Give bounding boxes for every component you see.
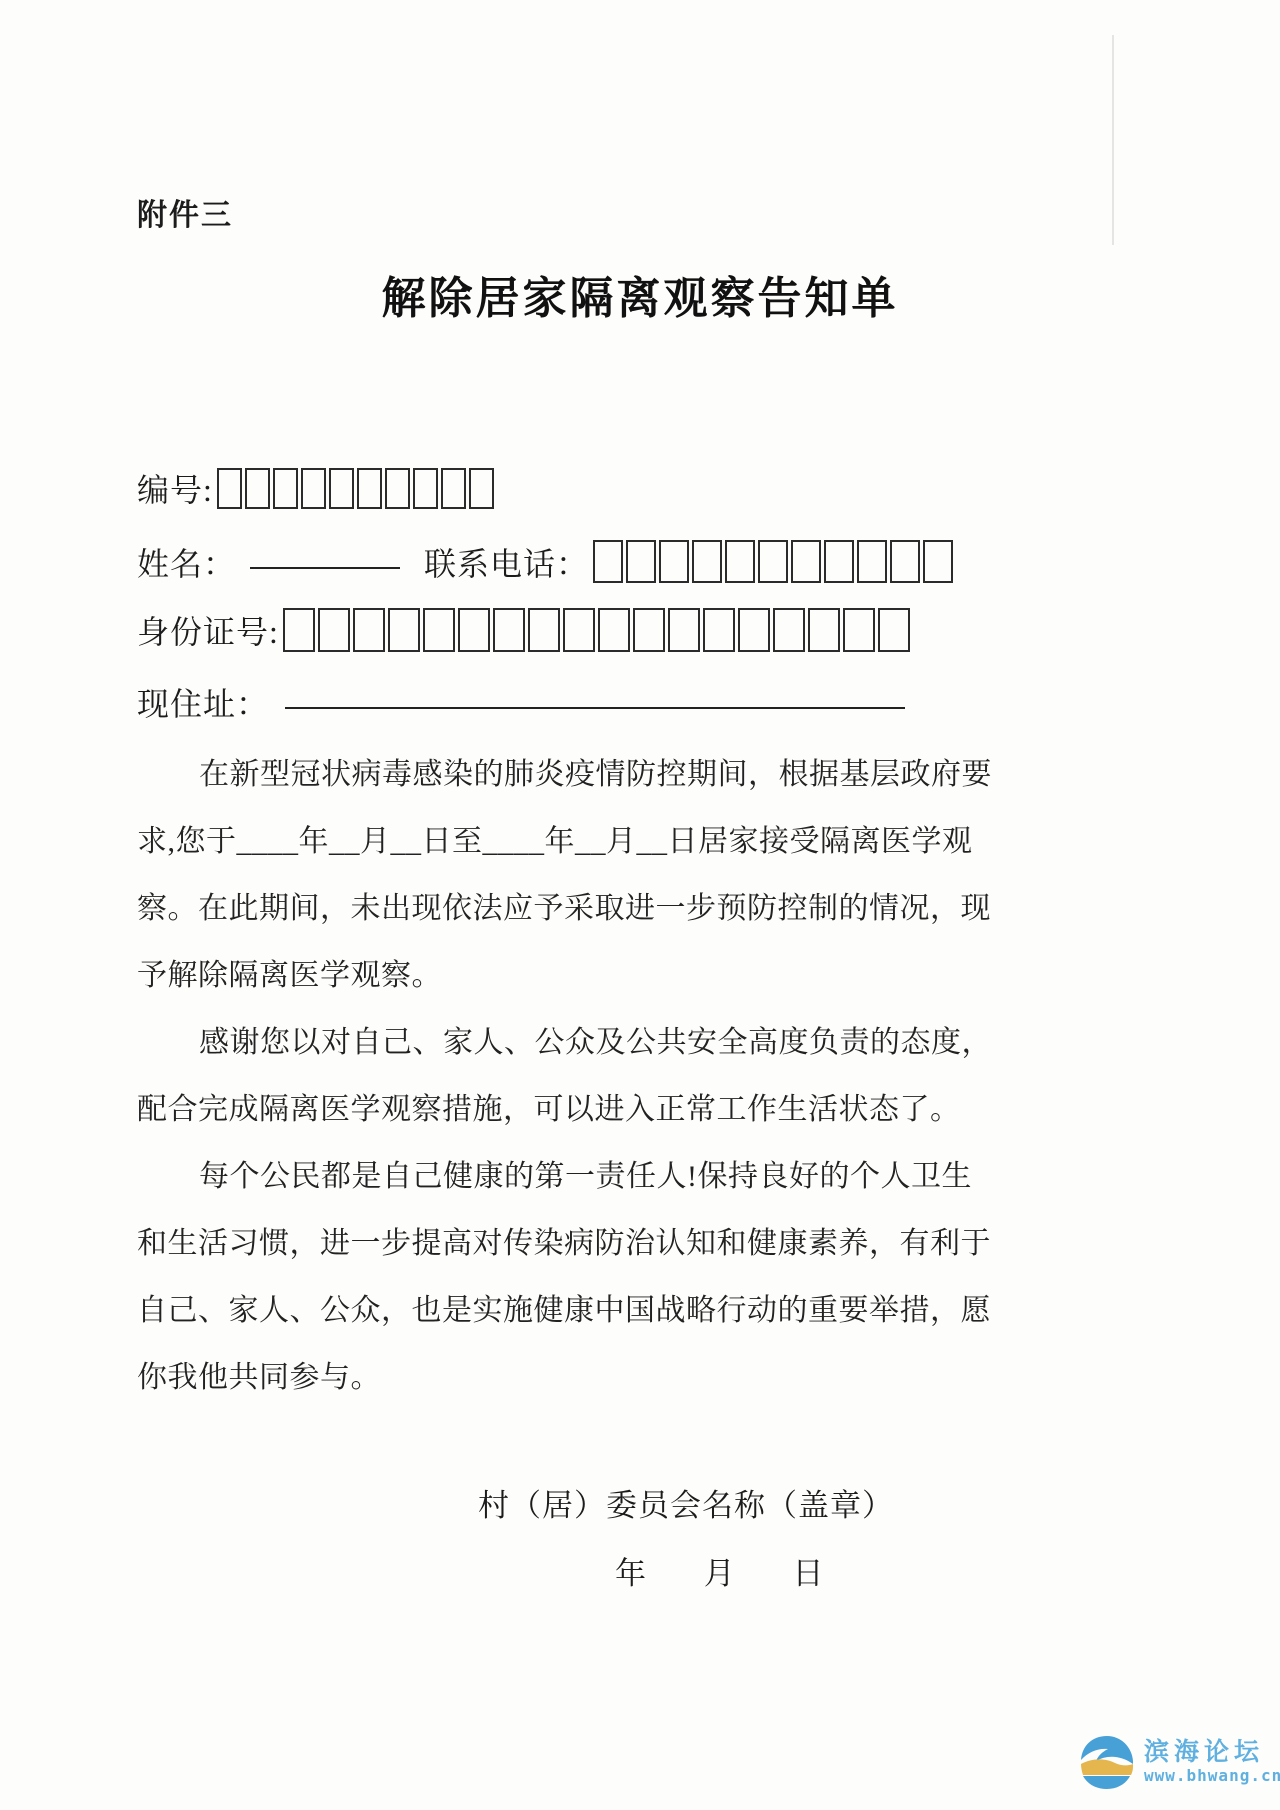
- committee-signature-line: 村（居）委员会名称（盖章）: [478, 1480, 894, 1525]
- digit-box[interactable]: [593, 540, 623, 583]
- digit-box[interactable]: [890, 540, 920, 583]
- digit-box[interactable]: [388, 608, 420, 652]
- document-page: 附件三 解除居家隔离观察告知单 编号: 姓名：联系电话： 身份证号: 现住址： …: [0, 0, 1280, 1810]
- serial-number-label: 编号:: [137, 465, 213, 511]
- id-number-label: 身份证号:: [137, 607, 279, 653]
- body-line: 每个公民都是自己健康的第一责任人!保持良好的个人卫生: [137, 1143, 973, 1210]
- id-number-row: 身份证号:: [137, 607, 913, 653]
- address-row: 现住址：: [137, 677, 905, 725]
- digit-box[interactable]: [725, 540, 755, 583]
- serial-number-boxes[interactable]: [217, 467, 497, 509]
- digit-box[interactable]: [738, 608, 770, 652]
- digit-box[interactable]: [469, 468, 494, 509]
- phone-boxes[interactable]: [593, 540, 956, 583]
- digit-box[interactable]: [283, 608, 315, 652]
- digit-box[interactable]: [353, 608, 385, 652]
- digit-box[interactable]: [441, 468, 466, 509]
- digit-box[interactable]: [773, 608, 805, 652]
- id-number-boxes[interactable]: [283, 608, 913, 652]
- digit-box[interactable]: [413, 468, 438, 509]
- digit-box[interactable]: [245, 468, 270, 509]
- watermark-site-url: www.bhwang.cn: [1144, 1766, 1280, 1786]
- digit-box[interactable]: [318, 608, 350, 652]
- digit-box[interactable]: [703, 608, 735, 652]
- digit-box[interactable]: [301, 468, 326, 509]
- body-line: 自己、家人、公众，也是实施健康中国战略行动的重要举措，愿: [137, 1277, 973, 1344]
- serial-number-row: 编号:: [137, 465, 497, 511]
- forum-watermark: 滨海论坛 www.bhwang.cn: [1078, 1734, 1280, 1790]
- address-label: 现住址：: [137, 679, 269, 725]
- body-line: 在新型冠状病毒感染的肺炎疫情防控期间，根据基层政府要: [137, 741, 973, 808]
- address-blank[interactable]: [285, 677, 905, 709]
- digit-box[interactable]: [563, 608, 595, 652]
- date-month-label: 月: [704, 1556, 735, 1591]
- digit-box[interactable]: [493, 608, 525, 652]
- body-line: 察。在此期间，未出现依法应予采取进一步预防控制的情况，现: [137, 875, 973, 942]
- attachment-label: 附件三: [137, 190, 233, 234]
- digit-box[interactable]: [808, 608, 840, 652]
- scan-artifact: [1112, 35, 1114, 245]
- digit-box[interactable]: [659, 540, 689, 583]
- digit-box[interactable]: [878, 608, 910, 652]
- body-line: 你我他共同参与。: [137, 1344, 973, 1411]
- digit-box[interactable]: [824, 540, 854, 583]
- digit-box[interactable]: [923, 540, 953, 583]
- digit-box[interactable]: [626, 540, 656, 583]
- digit-box[interactable]: [668, 608, 700, 652]
- document-title: 解除居家隔离观察告知单: [0, 262, 1280, 326]
- name-label: 姓名：: [137, 539, 236, 585]
- date-signature-line: 年 月 日: [615, 1548, 824, 1593]
- digit-box[interactable]: [357, 468, 382, 509]
- digit-box[interactable]: [692, 540, 722, 583]
- body-line: 予解除隔离医学观察。: [137, 942, 973, 1009]
- digit-box[interactable]: [458, 608, 490, 652]
- body-line: 求,您于____年__月__日至____年__月__日居家接受隔离医学观: [137, 808, 973, 875]
- digit-box[interactable]: [791, 540, 821, 583]
- name-phone-row: 姓名：联系电话：: [137, 537, 956, 585]
- digit-box[interactable]: [758, 540, 788, 583]
- body-line: 和生活习惯，进一步提高对传染病防治认知和健康素养，有利于: [137, 1210, 973, 1277]
- phone-label: 联系电话：: [424, 539, 589, 585]
- wave-logo-icon: [1078, 1734, 1136, 1790]
- body-line: 感谢您以对自己、家人、公众及公共安全高度负责的态度，: [137, 1009, 973, 1076]
- digit-box[interactable]: [385, 468, 410, 509]
- digit-box[interactable]: [857, 540, 887, 583]
- watermark-site-name: 滨海论坛: [1144, 1738, 1280, 1766]
- digit-box[interactable]: [633, 608, 665, 652]
- digit-box[interactable]: [273, 468, 298, 509]
- body-text: 在新型冠状病毒感染的肺炎疫情防控期间，根据基层政府要 求,您于____年__月_…: [137, 741, 973, 1411]
- digit-box[interactable]: [528, 608, 560, 652]
- date-year-label: 年: [615, 1556, 646, 1591]
- date-day-label: 日: [793, 1556, 824, 1591]
- digit-box[interactable]: [843, 608, 875, 652]
- name-blank[interactable]: [250, 537, 400, 569]
- body-line: 配合完成隔离医学观察措施，可以进入正常工作生活状态了。: [137, 1076, 973, 1143]
- digit-box[interactable]: [598, 608, 630, 652]
- digit-box[interactable]: [217, 468, 242, 509]
- digit-box[interactable]: [423, 608, 455, 652]
- digit-box[interactable]: [329, 468, 354, 509]
